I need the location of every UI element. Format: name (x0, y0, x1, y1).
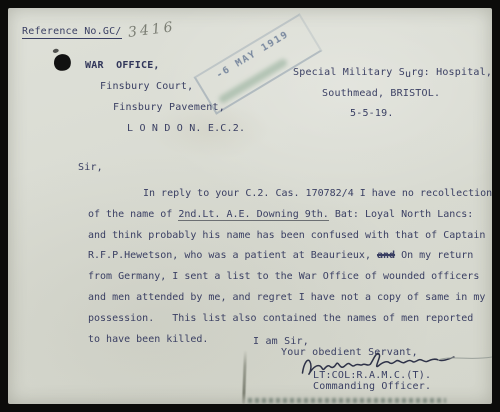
body-text: Bat: Loyal North Lancs: (329, 209, 474, 220)
letter-body: In reply to your C.2. Cas. 170782/4 I ha… (88, 184, 488, 350)
body-text: of the name of (88, 209, 178, 220)
ink-offset-imprint (248, 398, 446, 403)
sender-line: Finsbury Pavement, (113, 102, 225, 113)
body-text: possession. This list also contained the… (88, 313, 473, 324)
body-line: of the name of 2nd.Lt. A.E. Downing 9th.… (88, 205, 488, 226)
closing-i-am-sir: I am Sir, (253, 336, 309, 347)
underlined-text: 2nd.Lt. A.E. Downing 9th. (178, 209, 329, 221)
body-text: R.F.P.Hewetson, who was a patient at Bea… (88, 250, 377, 261)
signature-rank: LT:COL:R.A.M.C.(T). (313, 370, 431, 381)
salutation: Sir, (78, 162, 103, 173)
recipient-line: Special Military Surg: Hospital, (293, 67, 492, 78)
sender-line: L O N D O N. E.C.2. (127, 123, 245, 134)
reference-line: Reference No.GC/ (22, 26, 122, 37)
body-line: R.F.P.Hewetson, who was a patient at Bea… (88, 246, 488, 267)
signature-flourish (438, 353, 494, 363)
body-text: and think probably his name has been con… (88, 230, 485, 241)
reference-label: Reference No.GC/ (22, 26, 122, 39)
body-text: from Germany, I sent a list to the War O… (88, 271, 479, 282)
sender-line: Finsbury Court, (100, 81, 193, 92)
body-text: to have been killed. (88, 334, 208, 345)
body-line: In reply to your C.2. Cas. 170782/4 I ha… (88, 184, 488, 205)
body-line: from Germany, I sent a list to the War O… (88, 267, 488, 288)
sender-line: WAR OFFICE, (85, 60, 160, 71)
body-line: possession. This list also contained the… (88, 309, 488, 330)
recipient-line: Southmead, BRISTOL. (322, 88, 440, 99)
body-line: and think probably his name has been con… (88, 226, 488, 247)
scanned-letter-photo: Reference No.GC/ 3416 -6 MAY 1919 WAR OF… (0, 0, 500, 412)
struck-text: and (377, 250, 395, 261)
recipient-line1-pre: Special Military S (293, 67, 405, 78)
letter-date: 5-5-19. (350, 108, 394, 119)
body-text: In reply to your C.2. Cas. 170782/4 I ha… (143, 188, 492, 199)
body-text: and men attended by me, and regret I hav… (88, 292, 485, 303)
recipient-line1-post: rg: Hospital, (411, 67, 492, 78)
body-line: and men attended by me, and regret I hav… (88, 288, 488, 309)
signature-role: Commanding Officer. (313, 381, 431, 392)
recipient-line1-sub: u (405, 69, 411, 80)
body-text: On my return (395, 250, 473, 261)
